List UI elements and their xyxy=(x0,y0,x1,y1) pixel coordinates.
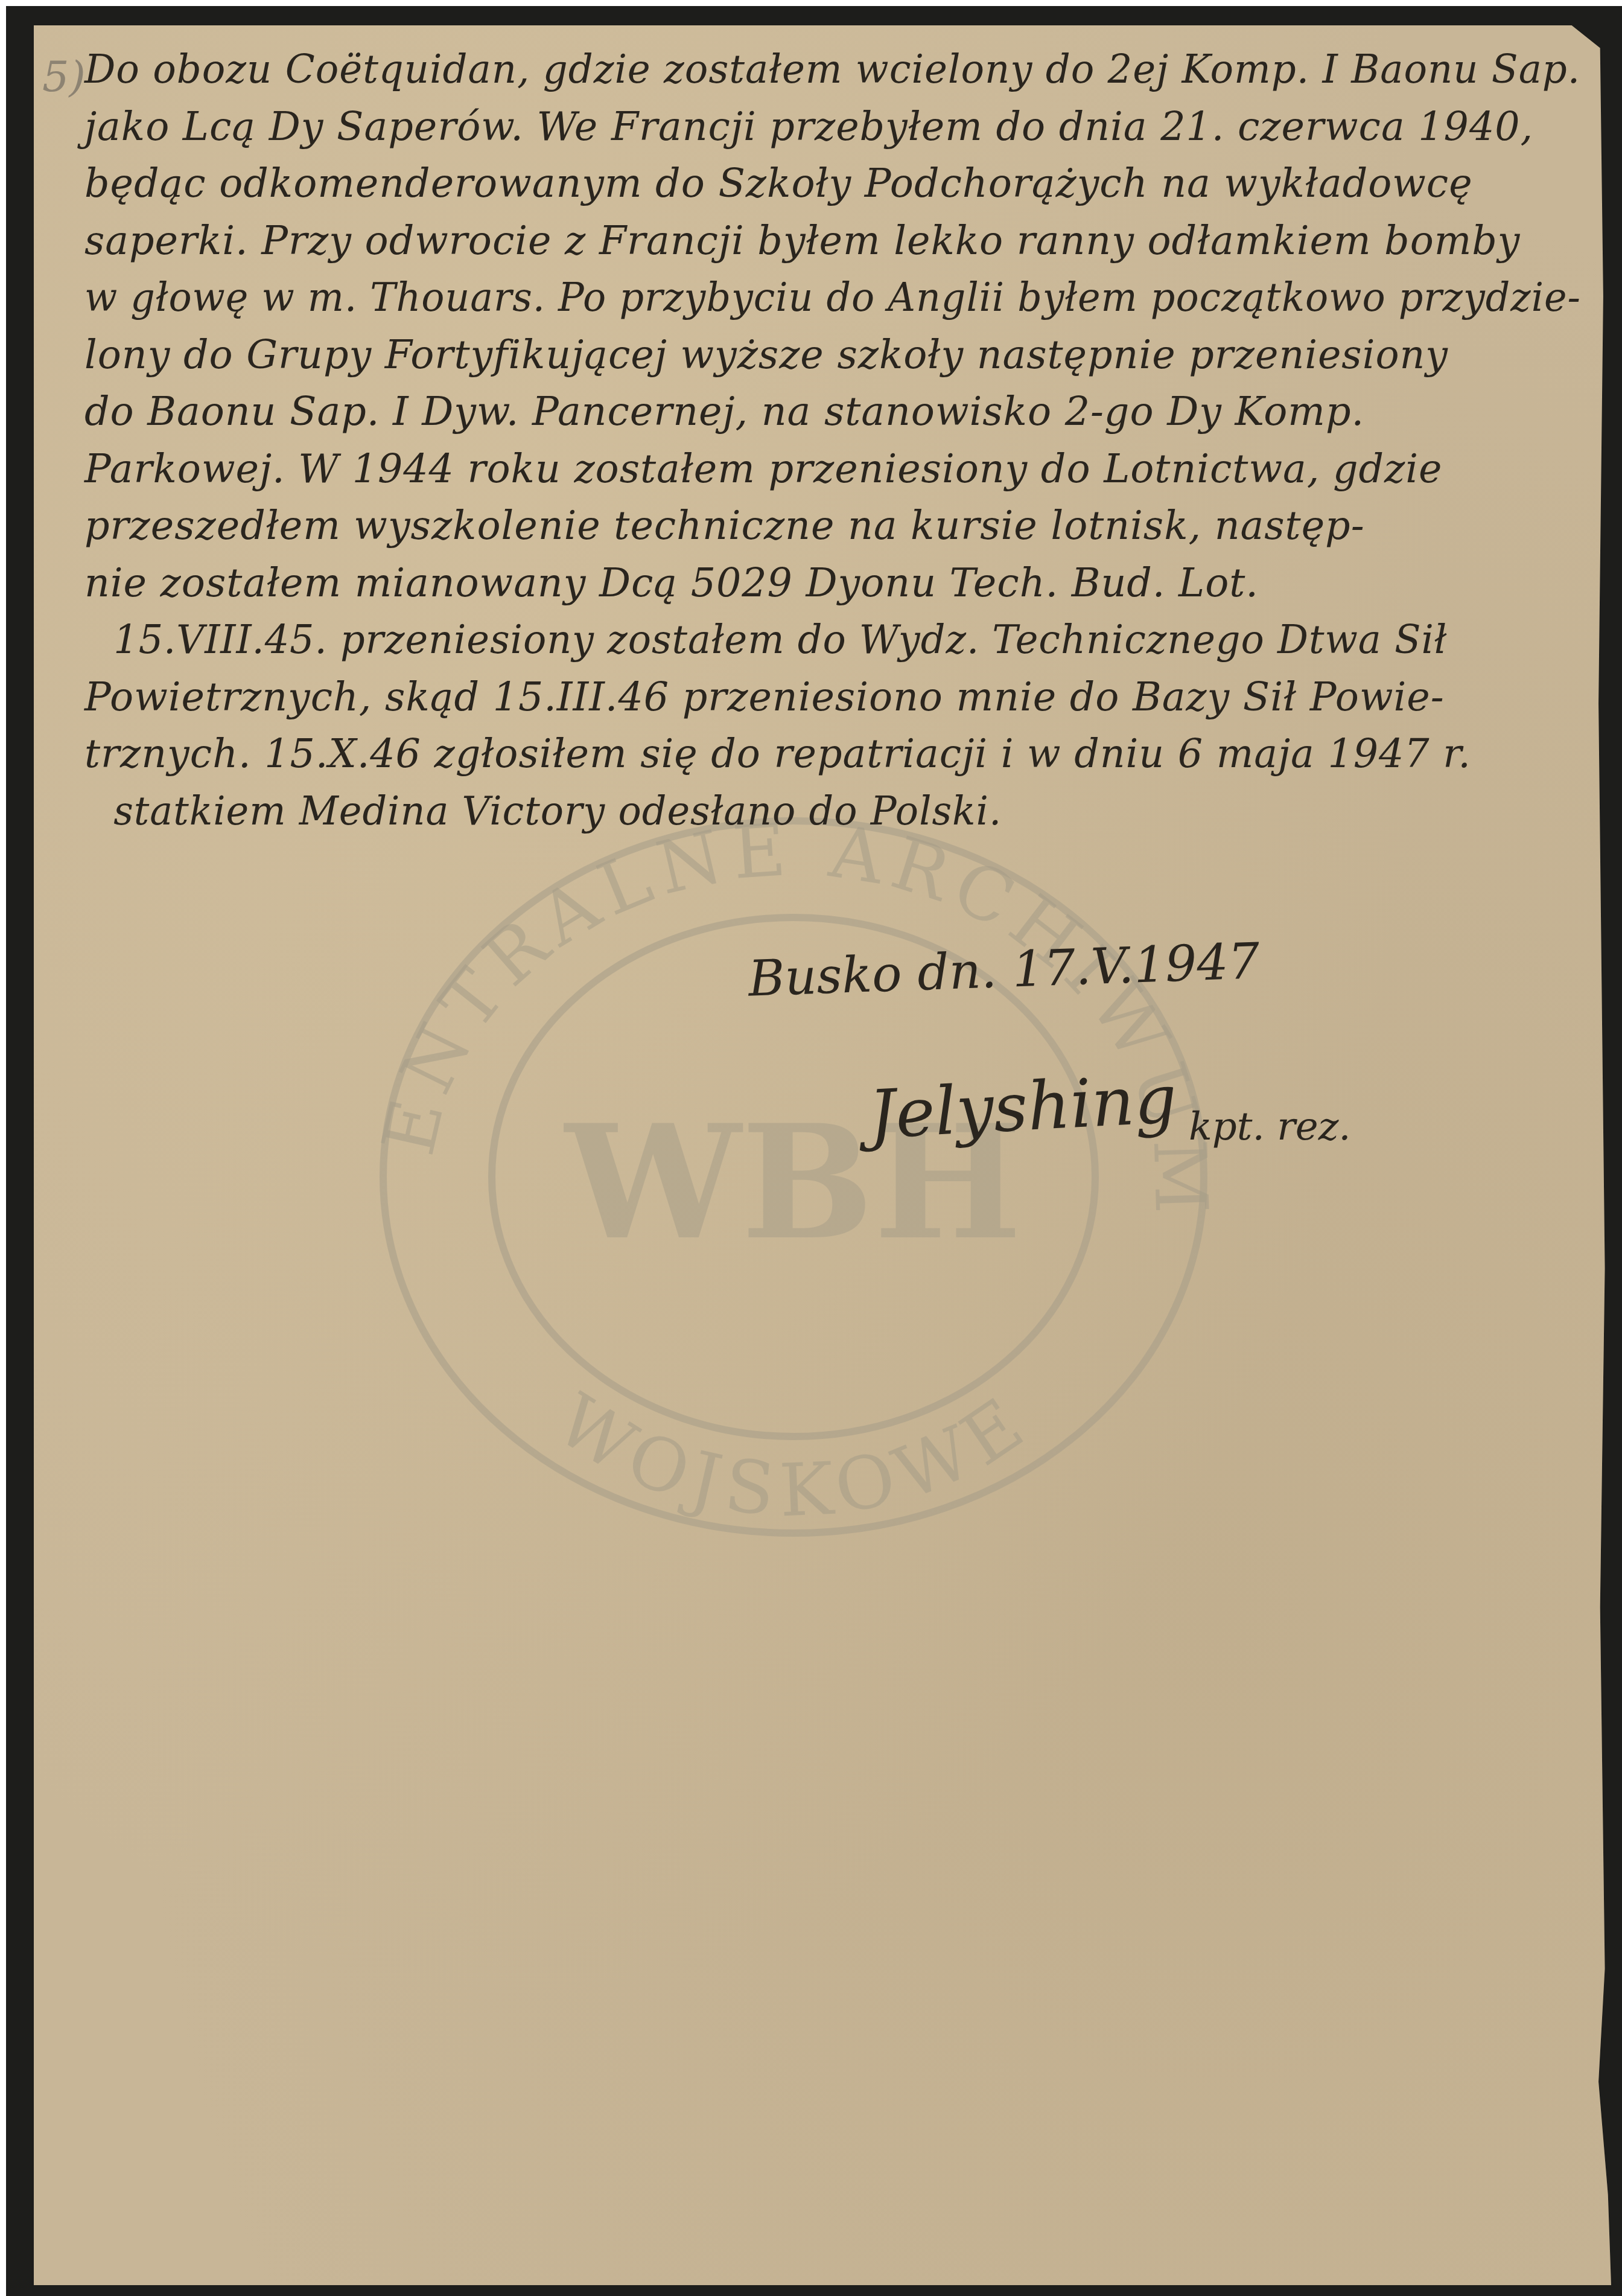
text-line: statkiem Medina Victory odesłano do Pols… xyxy=(84,783,1550,840)
text-line: Powietrznych, skąd 15.III.46 przeniesion… xyxy=(84,669,1581,726)
handwritten-body: Do obozu Coëtquidan, gdzie zostałem wcie… xyxy=(84,41,1605,840)
text-line: Do obozu Coëtquidan, gdzie zostałem wcie… xyxy=(84,41,1561,98)
text-line: saperki. Przy odwrocie z Francji byłem l… xyxy=(84,212,1581,270)
text-line: 15.VIII.45. przeniesiony zostałem do Wyd… xyxy=(84,611,1550,669)
signature: Jelyshing xyxy=(867,1060,1178,1154)
text-line: lony do Grupy Fortyfikującej wyższe szko… xyxy=(84,327,1581,384)
text-line: jako Lcą Dy Saperów. We Francji przebyłe… xyxy=(84,98,1581,156)
signature-rank: kpt. rez. xyxy=(1189,1105,1351,1149)
page-marker: 5) xyxy=(42,52,86,101)
text-line: trznych. 15.X.46 zgłosiłem się do repatr… xyxy=(84,725,1581,783)
text-line: do Baonu Sap. I Dyw. Pancernej, na stano… xyxy=(84,383,1581,441)
text-line: przeszedłem wyszkolenie techniczne na ku… xyxy=(84,497,1581,555)
text-line: Parkowej. W 1944 roku zostałem przeniesi… xyxy=(84,441,1581,498)
text-line: nie zostałem mianowany Dcą 5029 Dyonu Te… xyxy=(84,555,1581,612)
text-line: w głowę w m. Thouars. Po przybyciu do An… xyxy=(84,269,1546,327)
text-line: będąc odkomenderowanym do Szkoły Podchor… xyxy=(84,155,1581,212)
